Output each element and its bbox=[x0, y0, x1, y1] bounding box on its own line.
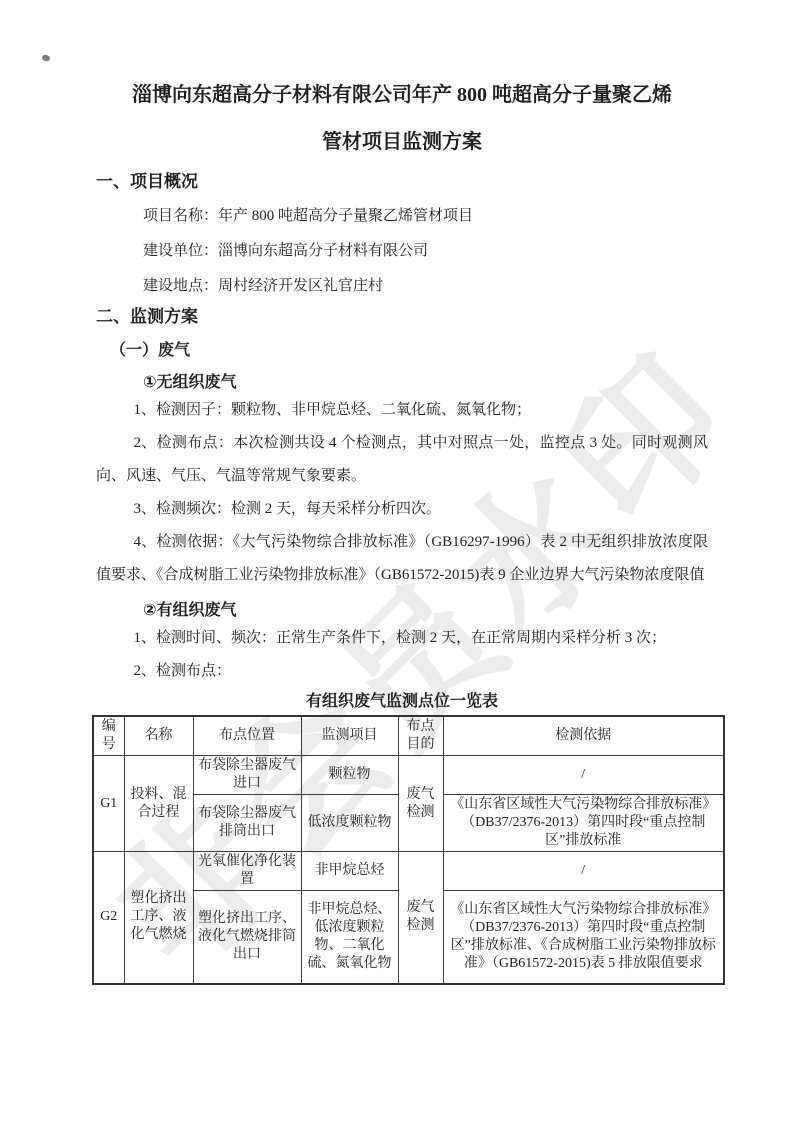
col-header-purpose: 布点目的 bbox=[398, 716, 443, 756]
cell-g1r2-basis: 《山东省区域性大气污染物综合排放标准》（DB37/2376-2013）第四时段“… bbox=[443, 795, 724, 852]
unorganized-paragraph-4: 4、检测依据：《大气污染物综合排放标准》（GB16297-1996）表 2 中无… bbox=[96, 526, 708, 592]
unorganized-paragraph-3: 3、检测频次：检测 2 天，每天采样分析四次。 bbox=[96, 493, 708, 526]
document-title: 淄博向东超高分子材料有限公司年产 800 吨超高分子量聚乙烯 管材项目监测方案 bbox=[96, 72, 708, 166]
section-1-heading: 一、项目概况 bbox=[96, 170, 708, 194]
section-2-heading: 二、监测方案 bbox=[96, 305, 708, 329]
construction-site-line: 建设地点：周村经济开发区礼官庄村 bbox=[143, 277, 708, 296]
cell-g1r1-basis: / bbox=[443, 756, 724, 795]
construction-unit-line: 建设单位：淄博向东超高分子材料有限公司 bbox=[143, 242, 708, 261]
cell-g1-name: 投料、混合过程 bbox=[124, 756, 193, 852]
organized-paragraph-1: 1、检测时间、频次：正常生产条件下，检测 2 天，在正常周期内采样分析 3 次； bbox=[96, 622, 708, 655]
organized-gas-heading: ②有组织废气 bbox=[143, 600, 708, 622]
cell-g2-id: G2 bbox=[93, 852, 124, 984]
cell-g2r1-basis: / bbox=[443, 852, 724, 891]
title-line-1: 淄博向东超高分子材料有限公司年产 800 吨超高分子量聚乙烯 bbox=[96, 72, 708, 119]
title-line-2: 管材项目监测方案 bbox=[96, 119, 708, 166]
cell-g2r2-item: 非甲烷总烃、低浓度颗粒物、二氧化硫、氮氧化物 bbox=[301, 891, 398, 984]
table-row: G1 投料、混合过程 布袋除尘器废气进口 颗粒物 废气检测 / bbox=[93, 756, 724, 795]
col-header-id: 编号 bbox=[93, 716, 124, 756]
cell-g1r2-item: 低浓度颗粒物 bbox=[301, 795, 398, 852]
cell-g1r2-location: 布袋除尘器废气排筒出口 bbox=[193, 795, 301, 852]
cell-g2-purpose: 废气检测 bbox=[398, 852, 443, 984]
table-caption: 有组织废气监测点位一览表 bbox=[96, 692, 708, 712]
cell-g1r1-item: 颗粒物 bbox=[301, 756, 398, 795]
cell-g1-purpose: 废气检测 bbox=[398, 756, 443, 852]
cell-g2r1-item: 非甲烷总烃 bbox=[301, 852, 398, 891]
organized-paragraph-2: 2、检测布点： bbox=[96, 655, 708, 688]
cell-g2r2-basis: 《山东省区域性大气污染物综合排放标准》（DB37/2376-2013）第四时段“… bbox=[443, 891, 724, 984]
table-row: G2 塑化挤出工序、液化气燃烧 光氧催化净化装置 非甲烷总烃 废气检测 / bbox=[93, 852, 724, 891]
col-header-basis: 检测依据 bbox=[443, 716, 724, 756]
col-header-location: 布点位置 bbox=[193, 716, 301, 756]
unorganized-paragraph-1: 1、检测因子：颗粒物、非甲烷总烃、二氧化硫、氮氧化物； bbox=[96, 394, 708, 427]
table-header-row: 编号 名称 布点位置 监测项目 布点目的 检测依据 bbox=[93, 716, 724, 756]
document-content: 淄博向东超高分子材料有限公司年产 800 吨超高分子量聚乙烯 管材项目监测方案 … bbox=[96, 72, 708, 985]
document-page: 非会员水印 淄博向东超高分子材料有限公司年产 800 吨超高分子量聚乙烯 管材项… bbox=[0, 0, 793, 1122]
project-name-line: 项目名称：年产 800 吨超高分子量聚乙烯管材项目 bbox=[143, 207, 708, 226]
monitoring-points-table: 编号 名称 布点位置 监测项目 布点目的 检测依据 G1 投料、混合过程 布袋除… bbox=[92, 715, 725, 985]
cell-g2-name: 塑化挤出工序、液化气燃烧 bbox=[124, 852, 193, 984]
col-header-item: 监测项目 bbox=[301, 716, 398, 756]
cell-g2r1-location: 光氧催化净化装置 bbox=[193, 852, 301, 891]
cell-g1-id: G1 bbox=[93, 756, 124, 852]
unorganized-paragraph-2: 2、检测布点：本次检测共设 4 个检测点，其中对照点一处，监控点 3 处。同时观… bbox=[96, 427, 708, 493]
waste-gas-subheading: （一）废气 bbox=[110, 340, 708, 362]
cell-g1r1-location: 布袋除尘器废气进口 bbox=[193, 756, 301, 795]
scan-artifact bbox=[41, 54, 50, 62]
unorganized-gas-heading: ①无组织废气 bbox=[143, 372, 708, 394]
cell-g2r2-location: 塑化挤出工序、液化气燃烧排筒出口 bbox=[193, 891, 301, 984]
col-header-name: 名称 bbox=[124, 716, 193, 756]
